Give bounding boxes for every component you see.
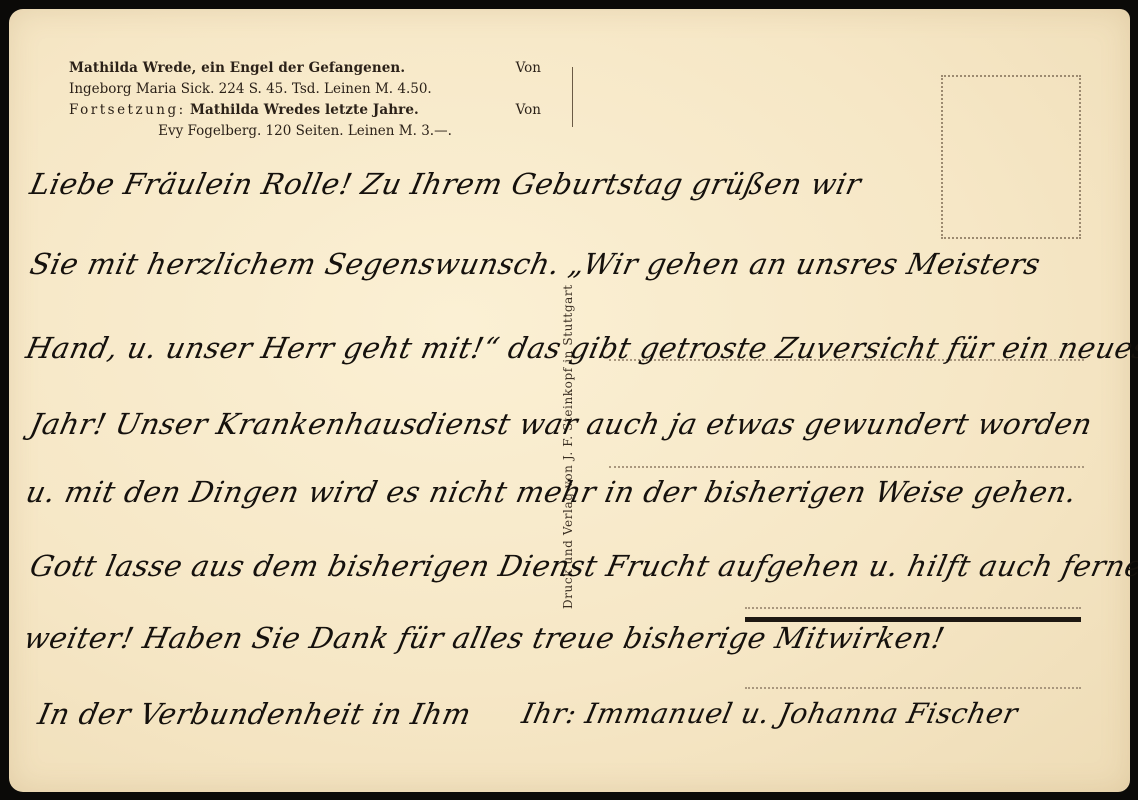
book-title-1: Mathilda Wrede, ein Engel der Gefangenen…: [69, 58, 405, 79]
center-divider-line: [572, 67, 573, 127]
book-title-2: Mathilda Wredes letzte Jahre.: [190, 102, 419, 118]
handwriting-line: Liebe Fräulein Rolle! Zu Ihrem Geburtsta…: [27, 167, 864, 201]
handwriting-line: weiter! Haben Sie Dank für alles treue b…: [21, 621, 948, 655]
postcard-back: Mathilda Wrede, ein Engel der Gefangenen…: [9, 9, 1130, 792]
address-line: [609, 466, 1084, 468]
address-line: [745, 687, 1081, 689]
handwriting-line: Gott lasse aus dem bisherigen Dienst Fru…: [27, 549, 1138, 583]
handwriting-line: u. mit den Dingen wird es nicht mehr in …: [23, 475, 1080, 509]
handwriting-signature: Ihr: Immanuel u. Johanna Fischer: [519, 697, 1021, 730]
book-details-1: Ingeborg Maria Sick. 224 S. 45. Tsd. Lei…: [69, 79, 541, 100]
handwriting-closing: In der Verbundenheit in Ihm: [35, 697, 474, 731]
handwriting-line: Hand, u. unser Herr geht mit!“ das gibt …: [23, 331, 1138, 365]
book-details-2: Evy Fogelberg. 120 Seiten. Leinen M. 3.—…: [69, 121, 541, 142]
address-line: [745, 607, 1081, 609]
handwriting-line: Sie mit herzlichem Segenswunsch. „Wir ge…: [27, 247, 1044, 281]
handwriting-line: Jahr! Unser Krankenhausdienst war auch j…: [27, 407, 1095, 441]
printed-book-advertisement: Mathilda Wrede, ein Engel der Gefangenen…: [69, 58, 541, 142]
stamp-placeholder-box: [941, 75, 1081, 239]
